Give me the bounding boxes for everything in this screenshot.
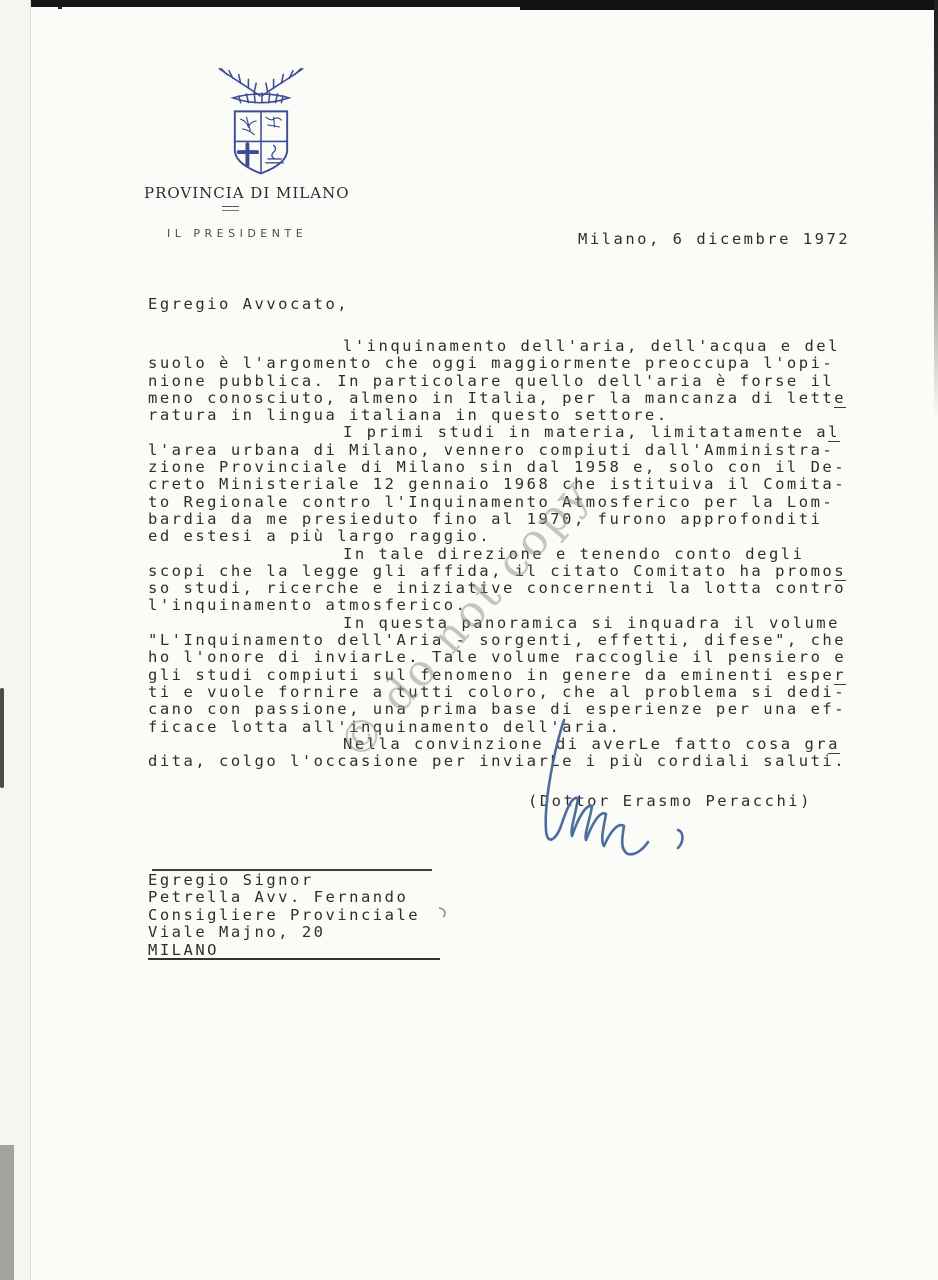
letter-line: suolo è l'argomento che oggi maggiorment… <box>148 355 868 372</box>
letter-line: bardia da me presieduto fino al 1970, fu… <box>148 511 868 528</box>
letter-line: Nella convinzione di averLe fatto cosa g… <box>148 736 868 753</box>
letter-line: l'inquinamento atmosferico. <box>148 597 868 614</box>
letter-line: I primi studi in materia, limitatamente … <box>148 424 868 441</box>
scan-left-gray-strip <box>0 1145 14 1280</box>
letter-line: l'area urbana di Milano, vennero compiut… <box>148 442 868 459</box>
letter-line: creto Ministeriale 12 gennaio 1968 che i… <box>148 476 868 493</box>
letter-line: nione pubblica. In particolare quello de… <box>148 373 868 390</box>
pen-mark <box>437 905 451 919</box>
letter-line: "L'Inquinamento dell'Aria - sorgenti, ef… <box>148 632 868 649</box>
scan-speck <box>58 6 62 9</box>
recipient-line: Viale Majno, 20 <box>148 924 420 941</box>
scan-left-seam-line <box>30 0 31 1280</box>
scan-edge-right <box>934 0 938 420</box>
recipient-line: Consigliere Provinciale <box>148 907 420 924</box>
letter-line: cano con passione, una prima base di esp… <box>148 701 868 718</box>
scan-left-margin-strip <box>0 0 30 1280</box>
scan-left-smudge <box>0 688 4 788</box>
org-name-underline <box>222 206 239 211</box>
letter-line: In questa panoramica si inquadra il volu… <box>148 615 868 632</box>
provincia-di-milano-crest-icon <box>198 64 324 184</box>
letter-line: gli studi compiuti sul fenomeno in gener… <box>148 667 868 684</box>
recipient-box-bottom-rule <box>148 958 440 960</box>
letter-line: ho l'onore di inviarLe. Tale volume racc… <box>148 649 868 666</box>
letter-line: zione Provinciale di Milano sin dal 1958… <box>148 459 868 476</box>
date-line: Milano, 6 dicembre 1972 <box>578 231 850 248</box>
letter-line: ti e vuole fornire a tutti coloro, che a… <box>148 684 868 701</box>
recipient-line: Petrella Avv. Fernando <box>148 889 420 906</box>
salutation: Egregio Avvocato, <box>148 296 349 313</box>
scanned-letter-page: PROVINCIA DI MILANO IL PRESIDENTE Milano… <box>0 0 938 1280</box>
recipient-lines: Egregio SignorPetrella Avv. FernandoCons… <box>148 872 420 959</box>
letter-line: In tale direzione e tenendo conto degli <box>148 546 868 563</box>
recipient-line: Egregio Signor <box>148 872 420 889</box>
letter-line: ratura in lingua italiana in questo sett… <box>148 407 868 424</box>
signature-name: (Dottor Erasmo Peracchi) <box>528 793 812 810</box>
org-name: PROVINCIA DI MILANO <box>144 184 404 202</box>
role-title: IL PRESIDENTE <box>167 227 307 240</box>
letter-line: dita, colgo l'occasione per inviarLe i p… <box>148 753 868 770</box>
letter-line: ed estesi a più largo raggio. <box>148 528 868 545</box>
letter-line: meno conosciuto, almeno in Italia, per l… <box>148 390 868 407</box>
letter-line: to Regionale contro l'Inquinamento Atmos… <box>148 494 868 511</box>
letter-line: ficace lotta all'inquinamento dell'aria. <box>148 719 868 736</box>
letter-line: scopi che la legge gli affida, il citato… <box>148 563 868 580</box>
letter-body: l'inquinamento dell'aria, dell'acqua e d… <box>148 338 868 770</box>
letter-line: l'inquinamento dell'aria, dell'acqua e d… <box>148 338 868 355</box>
scan-edge-top-right <box>520 0 938 10</box>
letter-line: so studi, ricerche e iniziative concerne… <box>148 580 868 597</box>
recipient-line: MILANO <box>148 942 420 959</box>
